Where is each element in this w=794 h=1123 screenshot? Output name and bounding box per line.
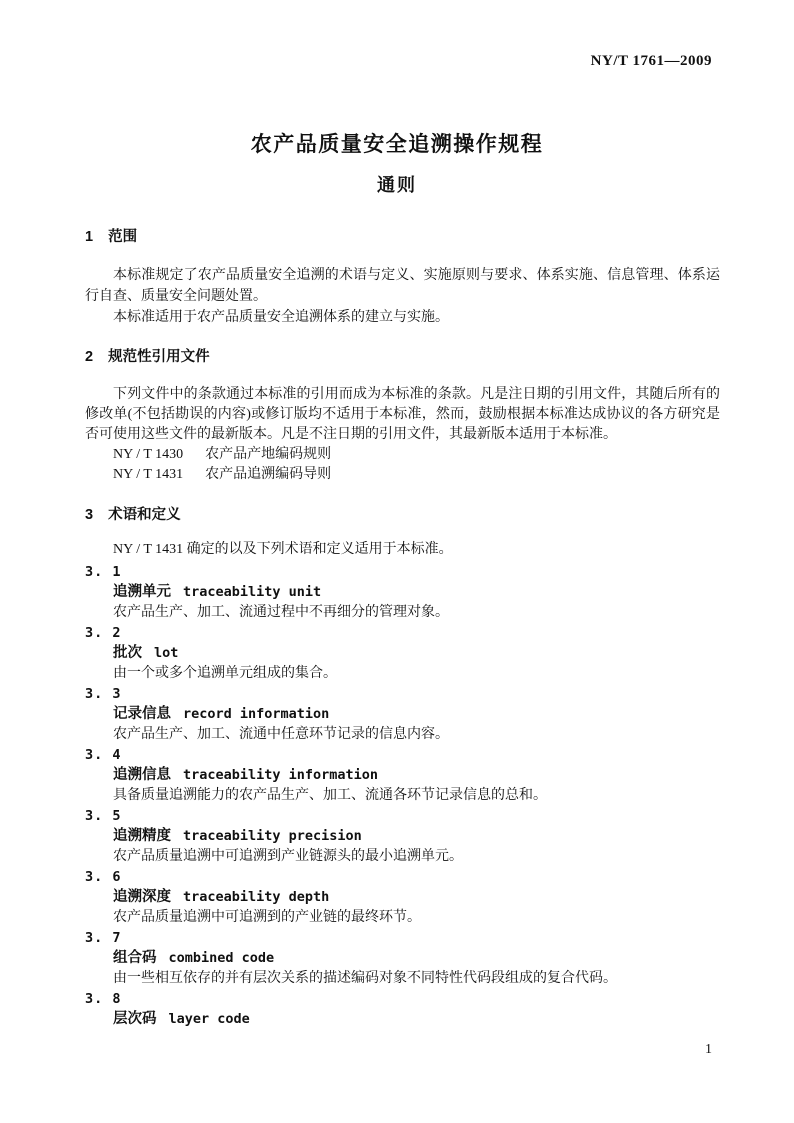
term-definition: 由一些相互依存的并有层次关系的描述编码对象不同特性代码段组成的复合代码。 — [85, 969, 720, 989]
section-3-heading: 3术语和定义 — [85, 505, 720, 525]
term-number: 3. 8 — [85, 989, 720, 1009]
term-chinese: 追溯信息 — [113, 767, 171, 783]
term-chinese: 记录信息 — [113, 706, 171, 722]
terms-list: 3. 1 追溯单元traceability unit 农产品生产、加工、流通过程… — [85, 562, 720, 1030]
section-1-paragraphs: 本标准规定了农产品质量安全追溯的术语与定义、实施原则与要求、体系实施、信息管理、… — [85, 265, 720, 328]
normative-reference: NY / T 1431农产品追溯编码导则 — [85, 465, 720, 485]
term-entry: 3. 2 批次lot 由一个或多个追溯单元组成的集合。 — [85, 623, 720, 684]
term-definition: 由一个或多个追溯单元组成的集合。 — [85, 664, 720, 684]
term-definition: 农产品生产、加工、流通中任意环节记录的信息内容。 — [85, 725, 720, 745]
section-3-number: 3 — [85, 505, 93, 525]
section-3-title: 术语和定义 — [108, 507, 181, 523]
section-1-heading: 1范围 — [85, 227, 720, 247]
standard-number: NY/T 1761—2009 — [591, 53, 712, 70]
section-1-paragraph-1: 本标准规定了农产品质量安全追溯的术语与定义、实施原则与要求、体系实施、信息管理、… — [85, 265, 720, 307]
section-2-number: 2 — [85, 347, 93, 367]
reference-title: 农产品追溯编码导则 — [205, 467, 331, 482]
term-number: 3. 6 — [85, 867, 720, 887]
term-entry: 3. 7 组合码combined code 由一些相互依存的并有层次关系的描述编… — [85, 928, 720, 989]
term-entry: 3. 1 追溯单元traceability unit 农产品生产、加工、流通过程… — [85, 562, 720, 623]
section-1-title: 范围 — [108, 229, 137, 245]
term-definition: 农产品生产、加工、流通过程中不再细分的管理对象。 — [85, 603, 720, 623]
term-title: 追溯深度traceability depth — [85, 887, 720, 908]
term-english: layer code — [169, 1011, 250, 1027]
term-chinese: 批次 — [113, 645, 142, 661]
term-english: traceability unit — [183, 584, 321, 600]
term-english: record information — [183, 706, 329, 722]
term-title: 追溯单元traceability unit — [85, 582, 720, 603]
term-entry: 3. 3 记录信息record information 农产品生产、加工、流通中… — [85, 684, 720, 745]
reference-code: NY / T 1431 — [113, 465, 183, 485]
term-english: traceability depth — [183, 889, 329, 905]
section-2-title: 规范性引用文件 — [108, 349, 210, 365]
document-page: NY/T 1761—2009 农产品质量安全追溯操作规程 通则 1范围 本标准规… — [0, 0, 794, 1123]
term-entry: 3. 4 追溯信息traceability information 具备质量追溯… — [85, 745, 720, 806]
document-title: 农产品质量安全追溯操作规程 — [0, 128, 794, 158]
term-title: 组合码combined code — [85, 948, 720, 969]
term-entry: 3. 6 追溯深度traceability depth 农产品质量追溯中可追溯到… — [85, 867, 720, 928]
term-english: lot — [154, 645, 178, 661]
document-body: 1范围 本标准规定了农产品质量安全追溯的术语与定义、实施原则与要求、体系实施、信… — [85, 227, 720, 1030]
reference-title: 农产品产地编码规则 — [205, 447, 331, 462]
section-2-heading: 2规范性引用文件 — [85, 347, 720, 367]
term-definition: 农产品质量追溯中可追溯到产业链源头的最小追溯单元。 — [85, 847, 720, 867]
term-title: 追溯精度traceability precision — [85, 826, 720, 847]
term-entry: 3. 8 层次码layer code — [85, 989, 720, 1030]
term-chinese: 追溯精度 — [113, 828, 171, 844]
section-3-intro: NY / T 1431 确定的以及下列术语和定义适用于本标准。 — [85, 540, 720, 560]
document-subtitle: 通则 — [0, 171, 794, 197]
term-title: 记录信息record information — [85, 704, 720, 725]
term-title: 追溯信息traceability information — [85, 765, 720, 786]
term-title: 批次lot — [85, 643, 720, 664]
term-number: 3. 3 — [85, 684, 720, 704]
term-number: 3. 4 — [85, 745, 720, 765]
page-number: 1 — [705, 1042, 712, 1058]
term-chinese: 组合码 — [113, 950, 157, 966]
term-english: traceability information — [183, 767, 378, 783]
term-chinese: 追溯深度 — [113, 889, 171, 905]
term-entry: 3. 5 追溯精度traceability precision 农产品质量追溯中… — [85, 806, 720, 867]
term-english: traceability precision — [183, 828, 362, 844]
term-chinese: 追溯单元 — [113, 584, 171, 600]
section-1-paragraph-2: 本标准适用于农产品质量安全追溯体系的建立与实施。 — [85, 307, 720, 328]
term-title: 层次码layer code — [85, 1009, 720, 1030]
term-number: 3. 7 — [85, 928, 720, 948]
term-english: combined code — [169, 950, 275, 966]
term-definition: 具备质量追溯能力的农产品生产、加工、流通各环节记录信息的总和。 — [85, 786, 720, 806]
normative-reference: NY / T 1430农产品产地编码规则 — [85, 445, 720, 465]
reference-code: NY / T 1430 — [113, 445, 183, 465]
section-2-paragraph-1: 下列文件中的条款通过本标准的引用而成为本标准的条款。凡是注日期的引用文件，其随后… — [85, 385, 720, 445]
term-definition: 农产品质量追溯中可追溯到的产业链的最终环节。 — [85, 908, 720, 928]
term-number: 3. 2 — [85, 623, 720, 643]
term-number: 3. 5 — [85, 806, 720, 826]
section-1-number: 1 — [85, 227, 93, 247]
term-chinese: 层次码 — [113, 1011, 157, 1027]
term-number: 3. 1 — [85, 562, 720, 582]
